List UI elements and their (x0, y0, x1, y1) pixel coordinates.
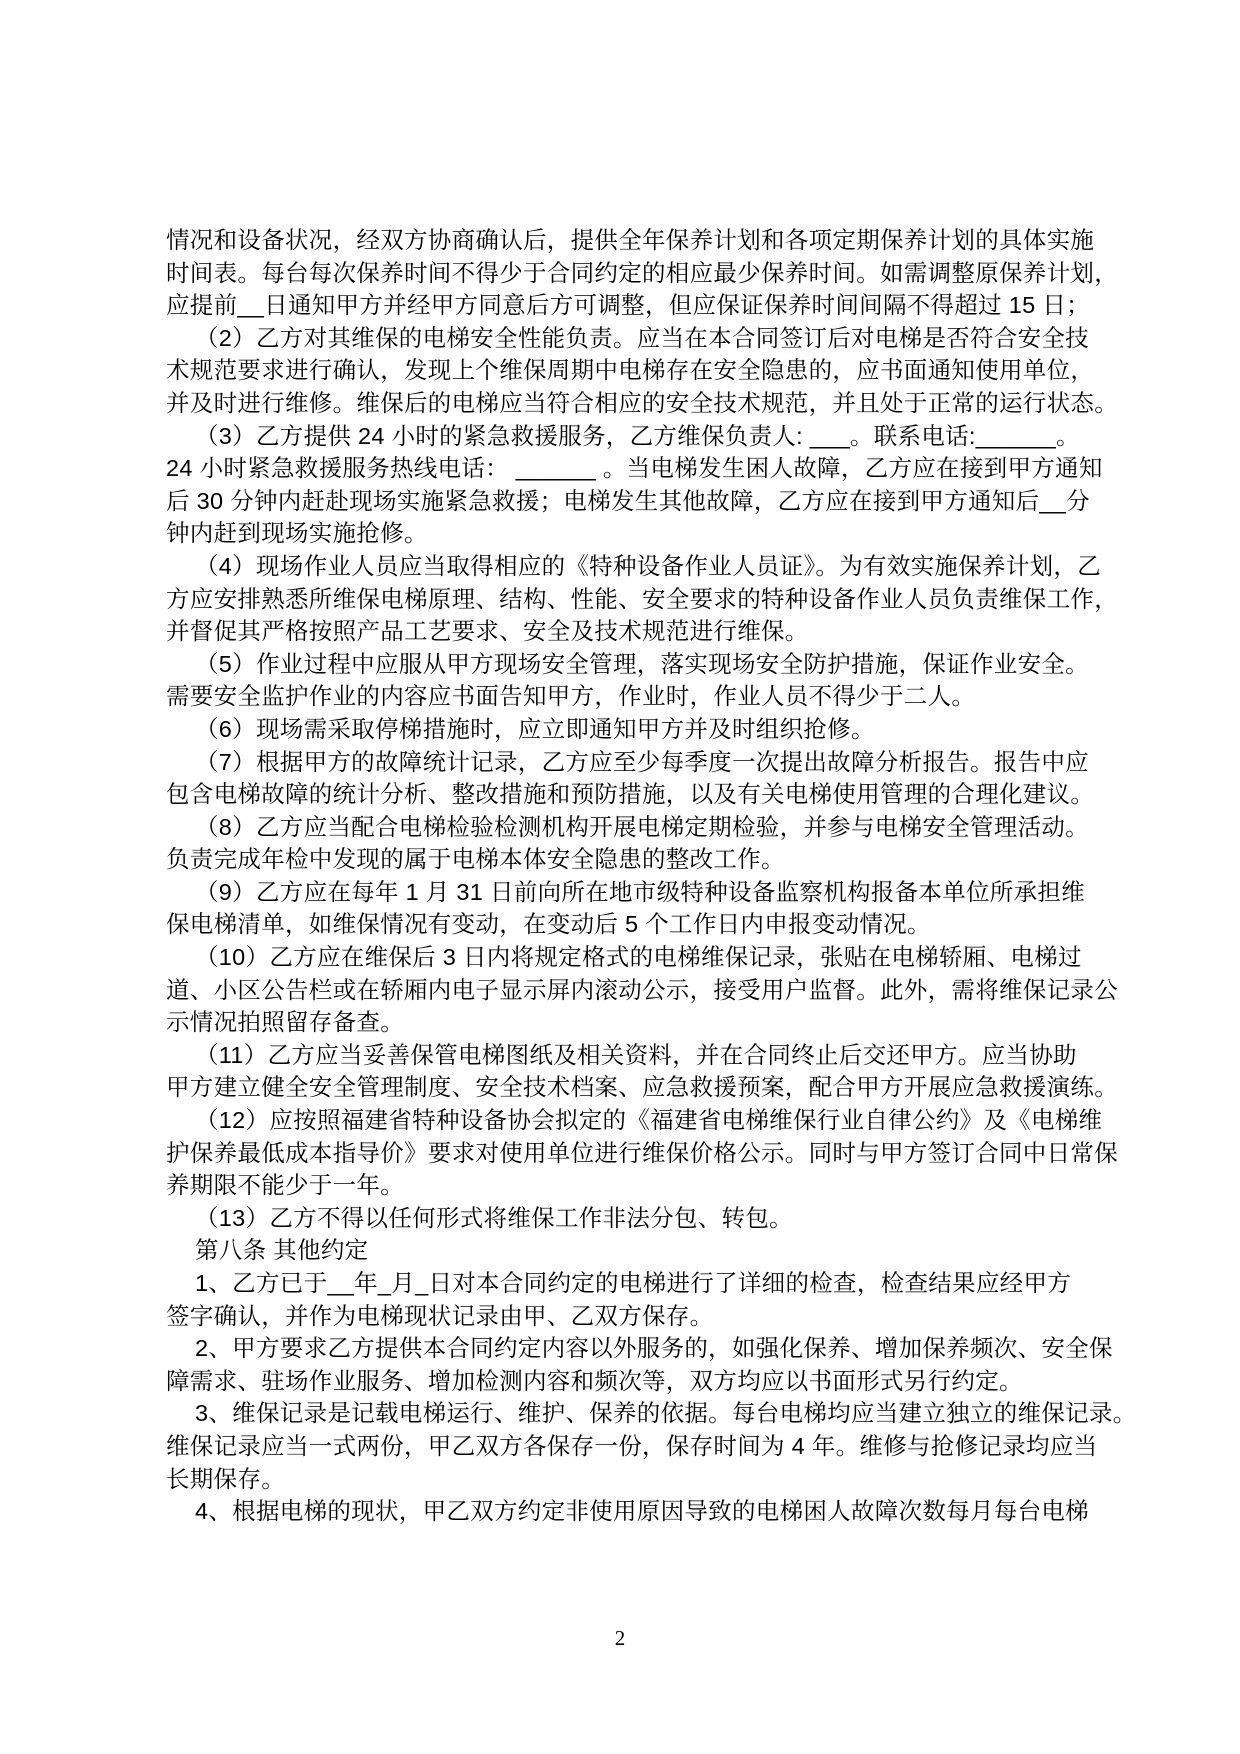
document-line: 钟内赶到现场实施抢修。 (166, 517, 1076, 550)
document-line: 情况和设备状况，经双方协商确认后，提供全年保养计划和各项定期保养计划的具体实施 (166, 224, 1076, 257)
document-line: 护保养最低成本指导价》要求对使用单位进行维保价格公示。同时与甲方签订合同中日常保 (166, 1137, 1076, 1170)
document-line: 4、根据电梯的现状，甲乙双方约定非使用原因导致的电梯困人故障次数每月每台电梯 (166, 1495, 1076, 1528)
document-line: 负责完成年检中发现的属于电梯本体安全隐患的整改工作。 (166, 843, 1076, 876)
document-line: （6）现场需采取停梯措施时，应立即通知甲方并及时组织抢修。 (166, 713, 1076, 746)
document-line: 长期保存。 (166, 1463, 1076, 1496)
document-lines: 情况和设备状况，经双方协商确认后，提供全年保养计划和各项定期保养计划的具体实施时… (166, 224, 1076, 1528)
document-line: （7）根据甲方的故障统计记录，乙方应至少每季度一次提出故障分析报告。报告中应 (166, 746, 1076, 779)
document-line: （12）应按照福建省特种设备协会拟定的《福建省电梯维保行业自律公约》及《电梯维 (166, 1104, 1076, 1137)
document-line: 包含电梯故障的统计分析、整改措施和预防措施，以及有关电梯使用管理的合理化建议。 (166, 778, 1076, 811)
document-line: 方应安排熟悉所维保电梯原理、结构、性能、安全要求的特种设备作业人员负责维保工作， (166, 583, 1076, 616)
document-line: （3）乙方提供 24 小时的紧急救援服务，乙方维保负责人: ___。联系电话:_… (166, 420, 1076, 453)
contract-document-page: 情况和设备状况，经双方协商确认后，提供全年保养计划和各项定期保养计划的具体实施时… (0, 0, 1240, 1754)
document-line: （8）乙方应当配合电梯检验检测机构开展电梯定期检验，并参与电梯安全管理活动。 (166, 811, 1076, 844)
document-line: 24 小时紧急救援服务热线电话： ______ 。当电梯发生困人故障，乙方应在接… (166, 452, 1076, 485)
document-line: 签字确认，并作为电梯现状记录由甲、乙双方保存。 (166, 1300, 1076, 1333)
document-line: 术规范要求进行确认，发现上个维保周期中电梯存在安全隐患的，应书面通知使用单位， (166, 354, 1076, 387)
document-line: 应提前__日通知甲方并经甲方同意后方可调整，但应保证保养时间间隔不得超过 15 … (166, 289, 1076, 322)
document-line: 时间表。每台每次保养时间不得少于合同约定的相应最少保养时间。如需调整原保养计划， (166, 257, 1076, 290)
document-line: （13）乙方不得以任何形式将维保工作非法分包、转包。 (166, 1202, 1076, 1235)
document-line: 维保记录应当一式两份，甲乙双方各保存一份，保存时间为 4 年。维修与抢修记录均应… (166, 1430, 1076, 1463)
document-line: 2、甲方要求乙方提供本合同约定内容以外服务的，如强化保养、增加保养频次、安全保 (166, 1332, 1076, 1365)
document-line: 甲方建立健全安全管理制度、安全技术档案、应急救援预案，配合甲方开展应急救援演练。 (166, 1071, 1076, 1104)
document-line: （2）乙方对其维保的电梯安全性能负责。应当在本合同签订后对电梯是否符合安全技 (166, 322, 1076, 355)
document-line: 后 30 分钟内赶赴现场实施紧急救援；电梯发生其他故障，乙方应在接到甲方通知后_… (166, 485, 1076, 518)
document-line: 障需求、驻场作业服务、增加检测内容和频次等，双方均应以书面形式另行约定。 (166, 1365, 1076, 1398)
document-line: 并及时进行维修。维保后的电梯应当符合相应的安全技术规范，并且处于正常的运行状态。 (166, 387, 1076, 420)
document-line: 道、小区公告栏或在轿厢内电子显示屏内滚动公示，接受用户监督。此外，需将维保记录公 (166, 974, 1076, 1007)
document-line: 3、维保记录是记载电梯运行、维护、保养的依据。每台电梯均应当建立独立的维保记录。 (166, 1397, 1076, 1430)
document-line: （5）作业过程中应服从甲方现场安全管理，落实现场安全防护措施，保证作业安全。 (166, 648, 1076, 681)
document-line: 1、乙方已于__年_月_日对本合同约定的电梯进行了详细的检查，检查结果应经甲方 (166, 1267, 1076, 1300)
document-line: （4）现场作业人员应当取得相应的《特种设备作业人员证》。为有效实施保养计划，乙 (166, 550, 1076, 583)
document-line: （10）乙方应在维保后 3 日内将规定格式的电梯维保记录，张贴在电梯轿厢、电梯过 (166, 941, 1076, 974)
page-number: 2 (0, 1626, 1240, 1651)
document-line: （11）乙方应当妥善保管电梯图纸及相关资料，并在合同终止后交还甲方。应当协助 (166, 1039, 1076, 1072)
document-line: 需要安全监护作业的内容应书面告知甲方，作业时，作业人员不得少于二人。 (166, 680, 1076, 713)
document-line: 示情况拍照留存备查。 (166, 1006, 1076, 1039)
document-line: 养期限不能少于一年。 (166, 1169, 1076, 1202)
document-line: （9）乙方应在每年 1 月 31 日前向所在地市级特种设备监察机构报备本单位所承… (166, 876, 1076, 909)
document-line: 第八条 其他约定 (166, 1234, 1076, 1267)
document-line: 保电梯清单，如维保情况有变动，在变动后 5 个工作日内申报变动情况。 (166, 908, 1076, 941)
document-line: 并督促其严格按照产品工艺要求、安全及技术规范进行维保。 (166, 615, 1076, 648)
